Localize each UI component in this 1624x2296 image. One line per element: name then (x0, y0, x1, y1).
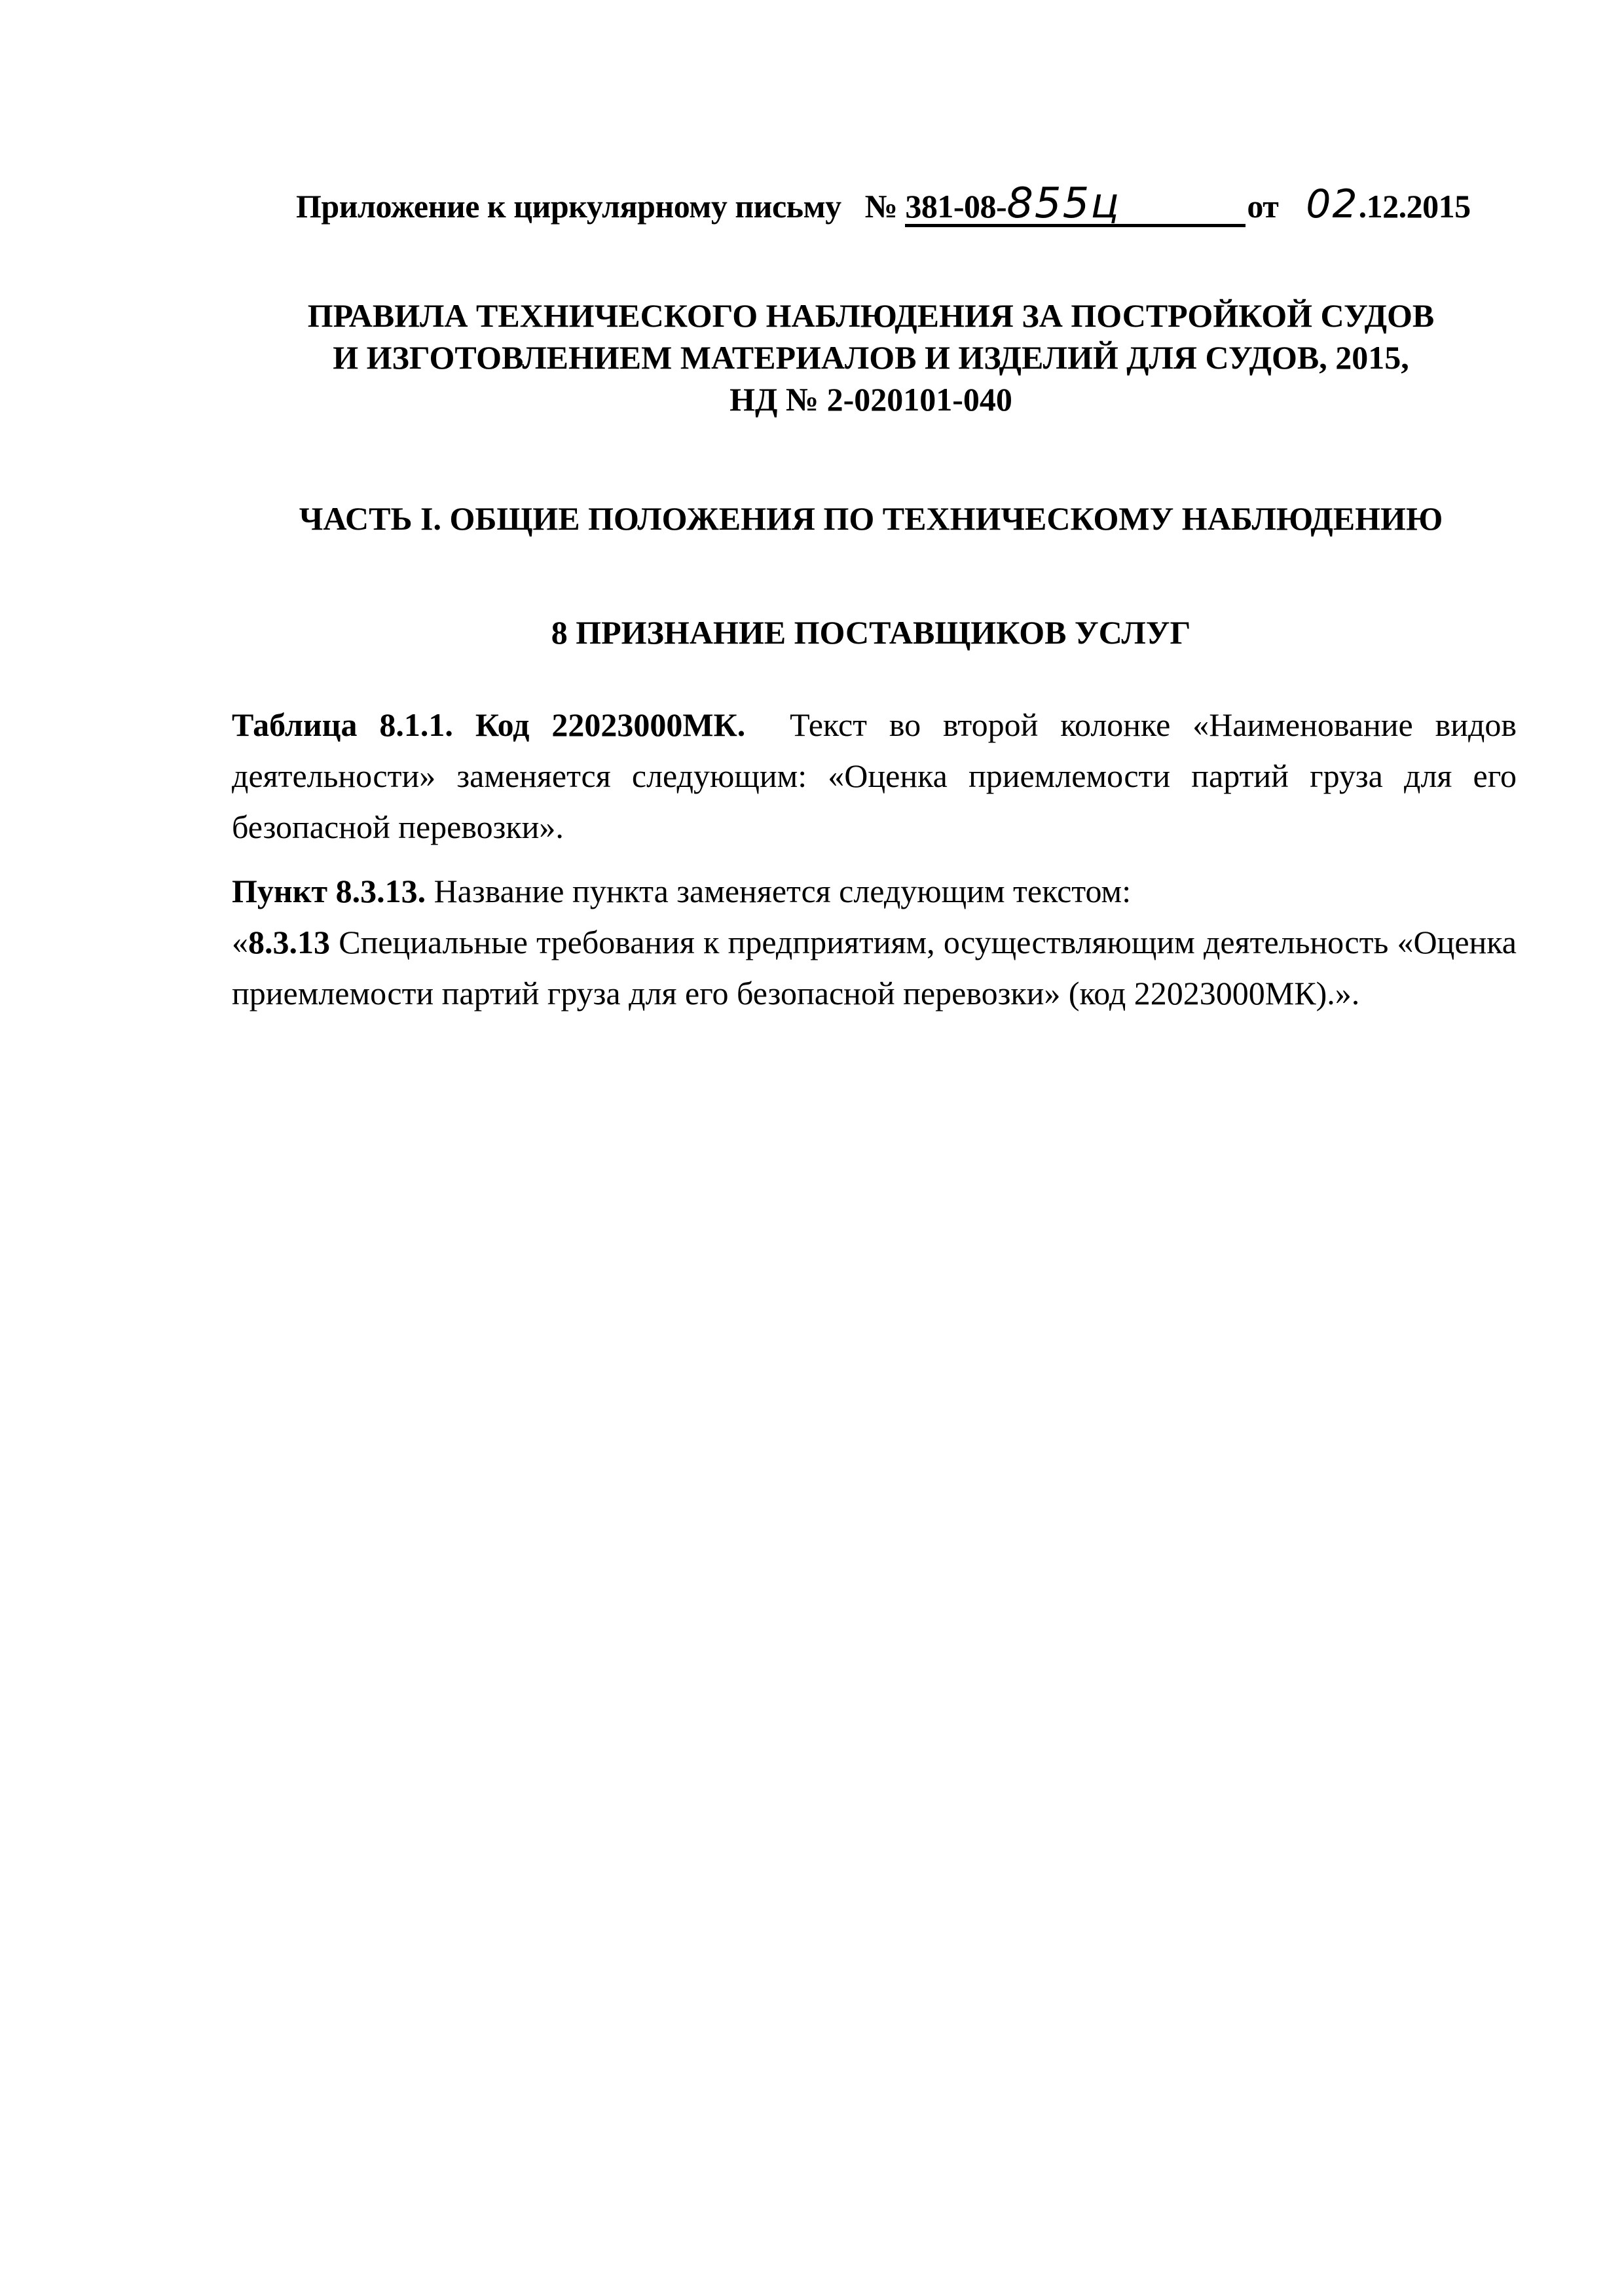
letter-date: 02.12.2015 (1306, 188, 1470, 225)
document-page: Приложение к циркулярному письму№ 381-08… (0, 0, 1624, 2296)
quote-text: Специальные требования к предприятиям, о… (232, 924, 1517, 1011)
letter-number-field: 381-08-855ц (905, 186, 1246, 227)
appendix-prefix: Приложение к циркулярному письму (296, 188, 841, 225)
number-sign: № (865, 188, 898, 225)
title-line-3: НД № 2-020101-040 (223, 378, 1519, 420)
appendix-header: Приложение к циркулярному письму№ 381-08… (296, 185, 1475, 227)
letter-number-printed: 381-08- (905, 188, 1006, 225)
paragraph-table-8-1-1: Таблица 8.1.1. Код 22023000МК. Текст во … (232, 699, 1517, 852)
title-line-2: И ИЗГОТОВЛЕНИЕМ МАТЕРИАЛОВ И ИЗДЕЛИЙ ДЛЯ… (223, 337, 1519, 378)
date-printed: .12.2015 (1359, 188, 1471, 225)
title-line-1: ПРАВИЛА ТЕХНИЧЕСКОГО НАБЛЮДЕНИЯ ЗА ПОСТР… (223, 295, 1519, 337)
part-title: ЧАСТЬ I. ОБЩИЕ ПОЛОЖЕНИЯ ПО ТЕХНИЧЕСКОМУ… (223, 498, 1519, 539)
paragraph-clause-8-3-13: Пункт 8.3.13. Название пункта заменяется… (232, 866, 1517, 1019)
document-title: ПРАВИЛА ТЕХНИЧЕСКОГО НАБЛЮДЕНИЯ ЗА ПОСТР… (223, 295, 1519, 420)
paragraph-lead: Таблица 8.1.1. Код 22023000МК. (232, 706, 745, 743)
clause-intro-line: Пункт 8.3.13. Название пункта заменяется… (232, 866, 1517, 917)
clause-quote: «8.3.13 Специальные требования к предпри… (232, 917, 1517, 1019)
quote-open: « (232, 924, 248, 960)
letter-number-handwritten: 855ц (1006, 179, 1120, 228)
date-handwritten: 02 (1306, 181, 1358, 227)
paragraph-text: Название пункта заменяется следующим тек… (434, 873, 1132, 909)
from-label: от (1247, 188, 1278, 225)
quote-lead: 8.3.13 (248, 924, 330, 960)
paragraph-lead: Пункт 8.3.13. (232, 873, 426, 909)
section-title: 8 ПРИЗНАНИЕ ПОСТАВЩИКОВ УСЛУГ (223, 611, 1519, 653)
